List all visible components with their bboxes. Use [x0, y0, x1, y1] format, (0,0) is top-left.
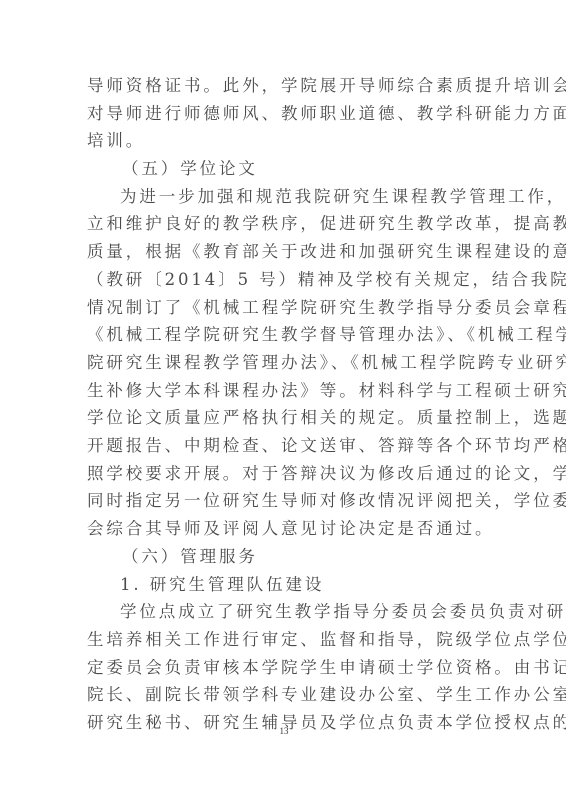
body-text-line: 情况制订了《机械工程学院研究生教学指导分委员会章程》、: [87, 298, 566, 318]
body-text-line: 学位点成立了研究生教学指导分委员会委员负责对研究: [120, 602, 566, 622]
body-text-line: 会综合其导师及评阅人意见讨论决定是否通过。: [87, 519, 494, 539]
body-text-line: 研究生秘书、研究生辅导员及学位点负责本学位授权点的研: [87, 713, 566, 733]
section-heading-thesis: （五）学位论文: [122, 159, 258, 179]
body-text-line: （教研〔2014〕5 号）精神及学校有关规定，结合我院实际: [87, 270, 566, 290]
body-text-line: 导师资格证书。此外，学院展开导师综合素质提升培训会，: [87, 76, 566, 96]
body-text-line: 同时指定另一位研究生导师对修改情况评阅把关，学位委员: [87, 491, 566, 511]
body-text-line: 开题报告、中期检查、论文送审、答辩等各个环节均严格按: [87, 436, 566, 456]
body-text-line: 《机械工程学院研究生教学督导管理办法》、《机械工程学: [87, 325, 566, 345]
body-text-line: 对导师进行师德师风、教师职业道德、教学科研能力方面的: [87, 104, 566, 124]
body-text-line: 为进一步加强和规范我院研究生课程教学管理工作，建: [120, 187, 566, 207]
body-text-line: 质量，根据《教育部关于改进和加强研究生课程建设的意见》: [87, 242, 566, 262]
document-page: 导师资格证书。此外，学院展开导师综合素质提升培训会， 对导师进行师德师风、教师职…: [0, 0, 566, 800]
body-text-line: 培训。: [87, 131, 145, 151]
body-text-line: 生补修大学本科课程办法》等。材料科学与工程硕士研究生: [87, 381, 566, 401]
body-text-line: 学位论文质量应严格执行相关的规定。质量控制上，选题、: [87, 408, 566, 428]
body-text-line: 立和维护良好的教学秩序，促进研究生教学改革，提高教学: [87, 214, 566, 234]
page-number: 13: [277, 726, 291, 736]
body-text-line: 照学校要求开展。对于答辩决议为修改后通过的论文，学院: [87, 464, 566, 484]
subsection-heading: 1. 研究生管理队伍建设: [120, 575, 324, 595]
body-text-line: 生培养相关工作进行审定、监督和指导，院级学位点学位评: [87, 630, 566, 650]
body-text-line: 院长、副院长带领学科专业建设办公室、学生工作办公室、: [87, 685, 566, 705]
body-text-line: 院研究生课程教学管理办法》、《机械工程学院跨专业研究: [87, 353, 566, 373]
body-text-line: 定委员会负责审核本学院学生申请硕士学位资格。由书记、: [87, 658, 566, 678]
section-heading-management: （六）管理服务: [122, 547, 258, 567]
